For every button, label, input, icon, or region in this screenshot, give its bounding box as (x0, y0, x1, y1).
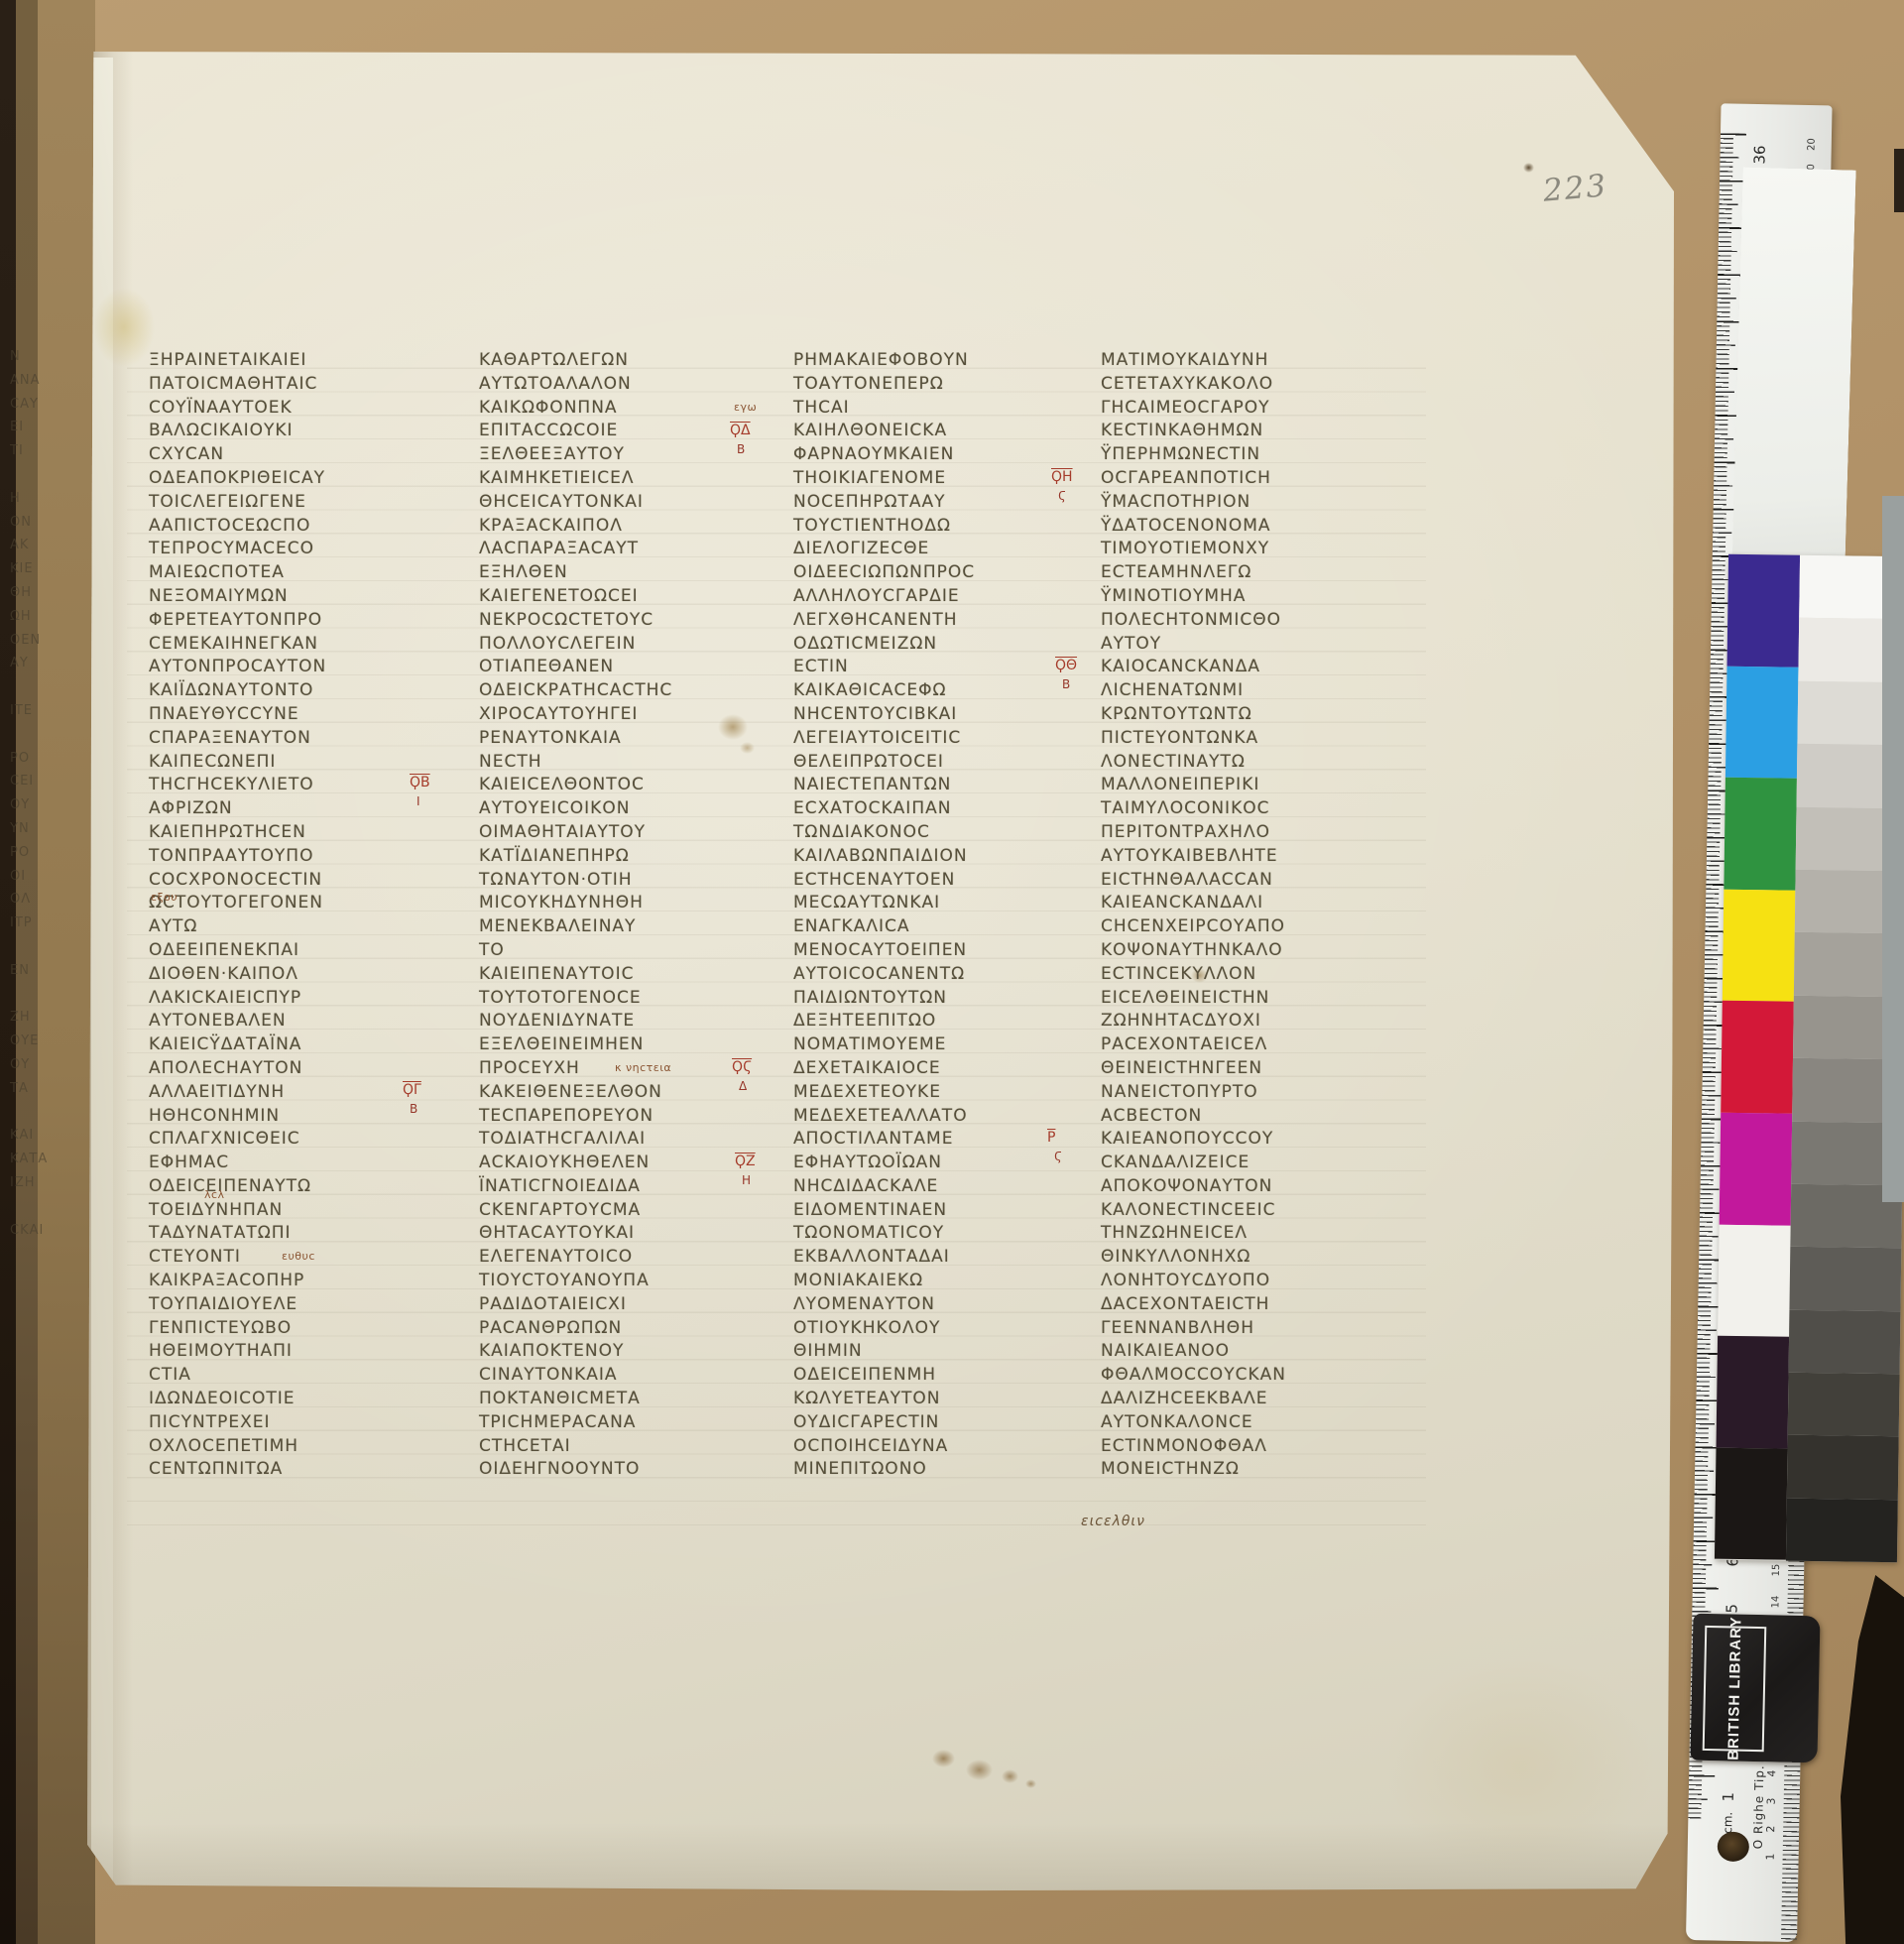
eusebian-number: ϘΓΒ (403, 1083, 442, 1116)
page-bottom-shading (87, 1823, 1674, 1892)
ms-line: ΔΕΞΗΤΕΕΠΙΤΩΟ (793, 1010, 1043, 1033)
stain (740, 742, 755, 754)
ms-line: ΠΝΑΕΥΘΥϹϹΥΝΕ (149, 703, 399, 727)
ms-line: ΕΙϹΕΛΘΕΙΝΕΙϹΤΗΝ (1101, 987, 1351, 1011)
ms-line: ΕΠΙΤΑϹϹΩϹΟΙΕ (479, 420, 729, 443)
ruler-top-number: 20 (1807, 138, 1818, 151)
previous-page-text-fragments: ΝΑΝΑϹΑΥΕΙΤΙΗΟΝΑΚΚΙΕΘΗΩΗΟΕΝΑΥΙΤΕΡΟϹΕΙΟΥΥΝ… (0, 0, 95, 1944)
ruler-top-scale-numbers: 2080 (1722, 103, 1833, 105)
text-column-2: ΚΑΘΑΡΤΩΛΕΓΩΝΑΥΤΩΤΟΑΛΑΛΟΝΚΑΙΚΩΦΟΝΠΝΑΕΠΙΤΑ… (479, 349, 729, 1482)
ms-line: ΕϹΤΙΝϹΕΚΥΛΛΟΝ (1101, 963, 1351, 987)
ms-line: ΑϹΒΕϹΤΟΝ (1101, 1105, 1351, 1129)
ms-line: ΟΔΕΙϹΕΙΠΕΝΜΗ (793, 1364, 1043, 1388)
ms-line: ϹΤΕΥΟΝΤΙ (149, 1246, 399, 1270)
ms-line: ΑΥΤΟΝΠΡΟϹΑΥΤΟΝ (149, 656, 399, 679)
ms-line: ΑΛΛΗΛΟΥϹΓΑΡΔΙΕ (793, 585, 1043, 609)
ms-line: ΜΕΔΕΧΕΤΕΟΥΚΕ (793, 1081, 1043, 1105)
ms-line: ΤΡΙϹΗΜΕΡΑϹΑΝΑ (479, 1411, 729, 1435)
ms-line: ϹΕΜΕΚΑΙΗΝΕΓΚΑΝ (149, 633, 399, 657)
fragment-text: ΚΙΕ (10, 561, 34, 576)
ms-line: ΠΡΟϹΕΥΧΗ (479, 1057, 729, 1081)
ms-line: ΡΗΜΑΚΑΙΕΦΟΒΟΥΝ (793, 349, 1043, 373)
ms-line: ΝΕϹΤΗ (479, 751, 729, 775)
ms-line: ΗΘΕΙΜΟΥΤΗΑΠΙ (149, 1340, 399, 1364)
folio-number: 223 (1542, 168, 1609, 209)
ms-line: ΒΑΛΩϹΙΚΑΙΟΥΚΙ (149, 420, 399, 443)
ms-line: ΚΑΙΗΛΘΟΝΕΙϹΚΑ (793, 420, 1043, 443)
fragment-text: ΚΑΤΑ (10, 1152, 48, 1166)
ms-line: ΤΕΠΡΟϹΥΜΑϹΕϹΟ (149, 538, 399, 561)
ms-line: ΘΙΗΜΙΝ (793, 1340, 1043, 1364)
fragment-text: ΟΕΝ (10, 633, 41, 648)
ms-line: ΝΟΜΑΤΙΜΟΥΕΜΕ (793, 1033, 1043, 1057)
ms-line: ΠΙϹΤΕΥΟΝΤΩΝΚΑ (1101, 727, 1351, 751)
ms-line: ΑΥΤΩ (149, 915, 399, 939)
ruler-mm-number: 14 (1770, 1596, 1781, 1609)
ms-line: ΚΟΨΟΝΑΥΤΗΝΚΑΛΟ (1101, 939, 1351, 963)
color-patch-dark-purple (1717, 1336, 1790, 1449)
ms-line: ΘΙΝΚΥΛΛΟΝΗΧΩ (1101, 1246, 1351, 1270)
ms-line: ΟΔΕΙϹΚΡΑΤΗϹΑϹΤΗϹ (479, 679, 729, 703)
ms-line: ΚΑΙΑΠΟΚΤΕΝΟΥ (479, 1340, 729, 1364)
ms-line: ΕϹΤΙΝ (793, 656, 1043, 679)
ms-line: ΑΑΠΙϹΤΟϹΕΩϹΠΟ (149, 515, 399, 539)
ms-line: ΝΑΝΕΙϹΤΟΠΥΡΤΟ (1101, 1081, 1351, 1105)
ms-line: ΪΝΑΤΙϹΓΝΟΙΕΔΙΔΑ (479, 1175, 729, 1199)
ms-line: ϹΟϹΧΡΟΝΟϹΕϹΤΙΝ (149, 869, 399, 893)
ms-line: ϹΠΑΡΑΞΕΝΑΥΤΟΝ (149, 727, 399, 751)
ms-line: ΝΕΞΟΜΑΙΥΜΩΝ (149, 585, 399, 609)
ms-line: ΤΟ (479, 939, 729, 963)
ms-line: ϹΗϹΕΝΧΕΙΡϹΟΥΑΠΟ (1101, 915, 1351, 939)
ms-line: ΜΑΤΙΜΟΥΚΑΙΔΥΝΗ (1101, 349, 1351, 373)
fragment-text: ΟΥ (10, 797, 30, 812)
ms-line: ΟΙΔΕΕϹΙΩΠΩΝΠΡΟϹ (793, 561, 1043, 585)
ms-line: ΘΕΛΕΙΠΡΩΤΟϹΕΙ (793, 751, 1043, 775)
ruler-cm-numbers: 3635343332313029282726252423222120191817… (1722, 103, 1833, 105)
fragment-text: ΙΤΕ (10, 703, 33, 718)
ms-line: ΕΞΗΛΘΕΝ (479, 561, 729, 585)
gray-step-15 (1786, 1499, 1898, 1563)
eusebian-number: ϘϚΔ (732, 1060, 772, 1093)
ms-line: ΦΑΡΝΑΟΥΜΚΑΙΕΝ (793, 443, 1043, 467)
ms-line: ΦΕΡΕΤΕΑΥΤΟΝΠΡΟ (149, 609, 399, 633)
gray-step-12 (1789, 1309, 1901, 1374)
dark-edge-mark (1894, 149, 1904, 212)
ms-line: ΡΑϹΑΝΘΡΩΠΩΝ (479, 1317, 729, 1341)
ms-line: ΜΑΛΛΟΝΕΙΠΕΡΙΚΙ (1101, 774, 1351, 797)
ms-line: ΕΞΕΛΘΕΙΝΕΙΜΗΕΝ (479, 1033, 729, 1057)
ms-line: ϹΟΥΪΝΑΑΥΤΟΕΚ (149, 397, 399, 421)
ms-line: ΟΙΔΕΗΓΝΟΟΥΝΤΟ (479, 1458, 729, 1482)
ms-line: ϹΚΕΝΓΑΡΤΟΥϹΜΑ (479, 1199, 729, 1223)
ms-line: ΚΑΙΚΩΦΟΝΠΝΑ (479, 397, 729, 421)
ms-line: ΤΑΙΜΥΛΟϹΟΝΙΚΟϹ (1101, 797, 1351, 821)
ms-line: ΕΙΔΟΜΕΝΤΙΝΑΕΝ (793, 1199, 1043, 1223)
ms-line: ΤΟΕΙΔΥΝΗΠΑΝ (149, 1199, 399, 1223)
ms-line: ΕΛΕΓΕΝΑΥΤΟΙϹΟ (479, 1246, 729, 1270)
fragment-text: ΥΝ (10, 821, 30, 836)
ruler-mm-numbers: 1615141312 (1722, 103, 1833, 105)
ms-line: ΚΑΛΟΝΕϹΤΙΝϹΕΕΙϹ (1101, 1199, 1351, 1223)
gray-step-11 (1789, 1247, 1901, 1311)
ms-line: ΠΙϹΥΝΤΡΕΧΕΙ (149, 1411, 399, 1435)
ms-line: ΤΗΝΖΩΗΝΕΙϹΕΛ (1101, 1222, 1351, 1246)
ms-line: ΤΑΔΥΝΑΤΑΤΩΠΙ (149, 1222, 399, 1246)
ruler-righe-numbers: 4321 (1722, 103, 1833, 105)
correction: εξου (151, 891, 178, 904)
wormhole (932, 1750, 955, 1767)
ms-line: ΟΤΙΑΠΕΘΑΝΕΝ (479, 656, 729, 679)
ms-line: ΟΔΕΙϹΕΙΠΕΝΑΥΤΩ (149, 1175, 399, 1199)
ms-line: ΤΟΙϹΛΕΓΕΙΩΓΕΝΕ (149, 491, 399, 515)
color-patch-blue (1725, 666, 1799, 779)
ms-line: ΑΥΤΟΙϹΟϹΑΝΕΝΤΩ (793, 963, 1043, 987)
ms-line: ΑΥΤΟΝΕΒΑΛΕΝ (149, 1010, 399, 1033)
color-patch-magenta (1720, 1113, 1793, 1226)
ms-line: ΛΑϹΠΑΡΑΞΑϹΑΥΤ (479, 538, 729, 561)
ms-line: ΤΙΜΟΥΟΤΙΕΜΟΝΧΥ (1101, 538, 1351, 561)
ms-line: ΕΚΒΑΛΛΟΝΤΑΔΑΙ (793, 1246, 1043, 1270)
ms-line: ΩϹΤΟΥΤΟΓΕΓΟΝΕΝ (149, 892, 399, 915)
ms-line: ΚΑΘΑΡΤΩΛΕΓΩΝ (479, 349, 729, 373)
ruler-righe-number: 2 (1764, 1825, 1777, 1832)
ms-line: ΝΗϹΕΝΤΟΥϹΙΒΚΑΙ (793, 703, 1043, 727)
ms-line: ΛΑΚΙϹΚΑΙΕΙϹΠΥΡ (149, 987, 399, 1011)
ruler-punch-hole (1718, 1832, 1750, 1863)
ms-line: ΞΗΡΑΙΝΕΤΑΙΚΑΙΕΙ (149, 349, 399, 373)
ms-line: ΠΟΛΕϹΗΤΟΝΜΙϹΘΟ (1101, 609, 1351, 633)
ms-line: ΚΑΙΪΔΩΝΑΥΤΟΝΤΟ (149, 679, 399, 703)
ms-line: ΚΩΛΥΕΤΕΑΥΤΟΝ (793, 1388, 1043, 1411)
ms-line: ΜΙϹΟΥΚΗΔΥΝΗΘΗ (479, 892, 729, 915)
fragment-text: ΑΝΑ (10, 373, 41, 388)
ms-line: ΑΦΡΙΖΩΝ (149, 797, 399, 821)
ms-line: ΤΩΟΝΟΜΑΤΙϹΟΥ (793, 1222, 1043, 1246)
gray-card-edge (1882, 496, 1904, 1202)
ms-line: ΔΑΛΙΖΗϹΕΕΚΒΑΛΕ (1101, 1388, 1351, 1411)
ruler-cm-number: 1 (1720, 1784, 1737, 1808)
ms-line: ΓΕΝΠΙϹΤΕΥΩΒΟ (149, 1317, 399, 1341)
fragment-text: ΟΛ (10, 892, 31, 907)
ms-line: ΕϹΤΗϹΕΝΑΥΤΟΕΝ (793, 869, 1043, 893)
ms-line: ϹΤΙΑ (149, 1364, 399, 1388)
parchment-page: 223 ΞΗΡΑΙΝΕΤΑΙΚΑΙΕΙΠΑΤΟΙϹΜΑΘΗΤΑΙϹϹΟΥΪΝΑΑ… (87, 52, 1674, 1892)
ms-line: ΫΜΙΝΟΤΙΟΥΜΗΑ (1101, 585, 1351, 609)
ms-line: ΚΑΤΪΔΙΑΝΕΠΗΡΩ (479, 845, 729, 869)
ms-line: ΤΩΝΑΥΤΟΝ·ΟΤΙΗ (479, 869, 729, 893)
fragment-text: ϹΚΑΙ (10, 1223, 44, 1238)
stain (93, 288, 155, 367)
gray-step-13 (1788, 1373, 1900, 1437)
ms-line: ΜΕΝΕΚΒΑΛΕΙΝΑΥ (479, 915, 729, 939)
ms-line: ΚΑΙΕΙΠΕΝΑΥΤΟΙϹ (479, 963, 729, 987)
ms-line: ΑΥΤΩΤΟΑΛΑΛΟΝ (479, 373, 729, 397)
ms-line: ΟΔΩΤΙϹΜΕΙΖΩΝ (793, 633, 1043, 657)
ms-line: ΑΥΤΟΥΚΑΙΒΕΒΛΗΤΕ (1101, 845, 1351, 869)
ms-line: ΚΑΙΟϹΑΝϹΚΑΝΔΑ (1101, 656, 1351, 679)
ms-line: ΟΧΛΟϹΕΠΕΤΙΜΗ (149, 1435, 399, 1459)
correction: κ νηϲτεια (615, 1061, 671, 1074)
ms-line: ΕϹΧΑΤΟϹΚΑΙΠΑΝ (793, 797, 1043, 821)
ms-line: ΡΑΔΙΔΟΤΑΙΕΙϹΧΙ (479, 1293, 729, 1317)
ms-line: ΝΕΚΡΟϹΩϹΤΕΤΟΥϹ (479, 609, 729, 633)
ms-line: ΡΑϹΕΧΟΝΤΑΕΙϹΕΛ (1101, 1033, 1351, 1057)
ms-line: ΤΟΔΙΑΤΗϹΓΑΛΙΛΑΙ (479, 1128, 729, 1152)
ms-line: ΜΕΔΕΧΕΤΕΑΛΛΑΤΟ (793, 1105, 1043, 1129)
ms-line: ΚΡΩΝΤΟΥΤΩΝΤΩ (1101, 703, 1351, 727)
ms-line: ΕΙϹΤΗΝΘΑΛΑϹϹΑΝ (1101, 869, 1351, 893)
fragment-text: ΕΝ (10, 963, 30, 978)
ms-line: ΠΕΡΙΤΟΝΤΡΑΧΗΛΟ (1101, 821, 1351, 845)
wormhole (966, 1760, 993, 1780)
fragment-text: ϹΑΥ (10, 397, 39, 412)
ms-line: ΝΗϹΔΙΔΑϹΚΑΛΕ (793, 1175, 1043, 1199)
british-library-label: BRITISH LIBRARY (1723, 1617, 1746, 1762)
ms-line: ΖΩΗΝΗΤΑϹΔΥΟΧΙ (1101, 1010, 1351, 1033)
ms-line: ϹΕΝΤΩΠΝΙΤΩΑ (149, 1458, 399, 1482)
ms-line: ΫΜΑϹΠΟΤΗΡΙΟΝ (1101, 491, 1351, 515)
ms-line: ΟΔΕΕΙΠΕΝΕΚΠΑΙ (149, 939, 399, 963)
fragment-text: ΤΑ (10, 1081, 29, 1096)
color-patch-black (1715, 1447, 1788, 1560)
fragment-text: Ν (10, 349, 21, 364)
wormhole (1002, 1769, 1018, 1783)
ms-line: ΚΕϹΤΙΝΚΑΘΗΜΩΝ (1101, 420, 1351, 443)
color-patch-white (1718, 1224, 1791, 1337)
ms-line: ΛΕΓΧΘΗϹΑΝΕΝΤΗ (793, 609, 1043, 633)
ms-line: ΚΑΙΠΕϹΩΝΕΠΙ (149, 751, 399, 775)
fragment-text: ΟΥΕ (10, 1033, 39, 1048)
ms-line: ΔΙΟΘΕΝ·ΚΑΙΠΟΛ (149, 963, 399, 987)
color-calibration-chart (1715, 554, 1904, 1562)
ms-line: ϹΕΤΕΤΑΧΥΚΑΚΟΛΟ (1101, 373, 1351, 397)
text-column-3: ΡΗΜΑΚΑΙΕΦΟΒΟΥΝΤΟΑΥΤΟΝΕΠΕΡΩΤΗϹΑΙΚΑΙΗΛΘΟΝΕ… (793, 349, 1043, 1482)
ms-line: ϹΚΑΝΔΑΛΙΖΕΙϹΕ (1101, 1152, 1351, 1175)
ms-line: ΚΑΙΛΑΒΩΝΠΑΙΔΙΟΝ (793, 845, 1043, 869)
ms-line: ΕΦΗΑΥΤΩΟΪΩΑΝ (793, 1152, 1043, 1175)
ms-line: ΔΙΕΛΟΓΙΖΕϹΘΕ (793, 538, 1043, 561)
photograph-manuscript-page: ΝΑΝΑϹΑΥΕΙΤΙΗΟΝΑΚΚΙΕΘΗΩΗΟΕΝΑΥΙΤΕΡΟϹΕΙΟΥΥΝ… (0, 0, 1904, 1944)
ms-line: ΗΘΗϹΟΝΗΜΙΝ (149, 1105, 399, 1129)
ms-line: ΟΥΔΙϹΓΑΡΕϹΤΙΝ (793, 1411, 1043, 1435)
ms-line: ΚΑΙΕΙϹΕΛΘΟΝΤΟϹ (479, 774, 729, 797)
fragment-text: ΖΗ (10, 1010, 31, 1025)
ms-line: ΠΑΙΔΙΩΝΤΟΥΤΩΝ (793, 987, 1043, 1011)
fragment-text: ΑΚ (10, 538, 29, 552)
wormhole (1523, 163, 1534, 173)
color-patch-red (1721, 1001, 1794, 1114)
ms-line: ΛΟΝΕϹΤΙΝΑΥΤΩ (1101, 751, 1351, 775)
fragment-text: ϹΕΙ (10, 774, 34, 789)
ms-line: ΜΕΝΟϹΑΥΤΟΕΙΠΕΝ (793, 939, 1043, 963)
fragment-text: ΟΝ (10, 515, 32, 530)
ruler-cm-number: 36 (1750, 143, 1768, 167)
dark-book-edge (1841, 1575, 1904, 1944)
correction: ευθυϲ (282, 1250, 315, 1263)
ms-line: ΠΟΚΤΑΝΘΙϹΜΕΤΑ (479, 1388, 729, 1411)
ms-line: ΝΑΙΕϹΤΕΠΑΝΤΩΝ (793, 774, 1043, 797)
eusebian-number: ϘΔΒ (730, 424, 770, 456)
white-card (1731, 167, 1855, 576)
fragment-text: ΙΤΡ (10, 915, 33, 930)
ms-line: ΕϹΤΕΑΜΗΝΛΕΓΩ (1101, 561, 1351, 585)
ms-line: ΤΗϹΑΙ (793, 397, 1043, 421)
ms-line: ΟΤΙΟΥΚΗΚΟΛΟΥ (793, 1317, 1043, 1341)
fragment-text: ΡΟ (10, 751, 30, 766)
fragment-text: ΟΙ (10, 869, 26, 884)
ms-line: ΑΠΟϹΤΙΛΑΝΤΑΜΕ (793, 1128, 1043, 1152)
ruler-righe-number: 4 (1765, 1769, 1778, 1776)
ms-line: ΜΟΝΕΙϹΤΗΝΖΩ (1101, 1458, 1351, 1482)
ms-line: ΛΥΟΜΕΝΑΥΤΟΝ (793, 1293, 1043, 1317)
ms-line: ΑΥΤΟΥΕΙϹΟΙΚΟΝ (479, 797, 729, 821)
fragment-text: ΟΥ (10, 1057, 30, 1072)
ms-line: ΘΗϹΕΙϹΑΥΤΟΝΚΑΙ (479, 491, 729, 515)
ms-line: ΟΙΜΑΘΗΤΑΙΑΥΤΟΥ (479, 821, 729, 845)
ms-line: ΝΟϹΕΠΗΡΩΤΑΑΥ (793, 491, 1043, 515)
color-patch-indigo (1727, 554, 1801, 668)
ms-line: ΤΟΥΠΑΙΔΙΟΥΕΛΕ (149, 1293, 399, 1317)
fragment-text: ΩΗ (10, 609, 32, 624)
ms-line: ΛΟΝΗΤΟΥϹΔΥΟΠΟ (1101, 1270, 1351, 1293)
ms-line: ΙΔΩΝΔΕΟΙϹΟΤΙΕ (149, 1388, 399, 1411)
ms-line: ϹΤΗϹΕΤΑΙ (479, 1435, 729, 1459)
ms-line: ΤΙΟΥϹΤΟΥΑΝΟΥΠΑ (479, 1270, 729, 1293)
ms-line: ΜΙΝΕΠΙΤΩΟΝΟ (793, 1458, 1043, 1482)
ms-line: ΕΦΗΜΑϹ (149, 1152, 399, 1175)
eusebian-number: ϘΗϚ (1051, 470, 1091, 503)
ms-line: ΑΥΤΟΝΚΑΛΟΝϹΕ (1101, 1411, 1351, 1435)
ms-line: ΟϹΠΟΙΗϹΕΙΔΥΝΑ (793, 1435, 1043, 1459)
ms-line: ΫΔΑΤΟϹΕΝΟΝΟΜΑ (1101, 515, 1351, 539)
ms-line: ΟΔΕΑΠΟΚΡΙΘΕΙϹΑΥ (149, 467, 399, 491)
ms-line: ΫΠΕΡΗΜΩΝΕϹΤΙΝ (1101, 443, 1351, 467)
ms-line: ΓΗϹΑΙΜΕΟϹΓΑΡΟΥ (1101, 397, 1351, 421)
ms-line: ΚΑΚΕΙΘΕΝΕΞΕΛΘΟΝ (479, 1081, 729, 1105)
ms-line: ΚΑΙΚΡΑΞΑϹΟΠΗΡ (149, 1270, 399, 1293)
ms-line: ΤΟΑΥΤΟΝΕΠΕΡΩ (793, 373, 1043, 397)
ms-line: ΑΥΤΟΥ (1101, 633, 1351, 657)
ms-line: ΑΠΟΚΟΨΟΝΑΥΤΟΝ (1101, 1175, 1351, 1199)
ms-line: ΕΝΑΓΚΑΛΙϹΑ (793, 915, 1043, 939)
ms-line: ΝΟΥΔΕΝΙΔΥΝΑΤΕ (479, 1010, 729, 1033)
ruler-righe-number: 1 (1764, 1853, 1777, 1860)
ms-line: ΑΠΟΛΕϹΗΑΥΤΟΝ (149, 1057, 399, 1081)
ms-line: ΤΟΝΠΡΑΑΥΤΟΥΠΟ (149, 845, 399, 869)
fragment-text: ΚΑΙ (10, 1128, 34, 1143)
correction: λϲλ (204, 1188, 225, 1201)
ms-line: ΠΟΛΛΟΥϹΛΕΓΕΙΝ (479, 633, 729, 657)
gray-step-14 (1787, 1435, 1899, 1500)
ms-line: ΚΡΑΞΑϹΚΑΙΠΟΛ (479, 515, 729, 539)
ruler-righe-number: 3 (1765, 1797, 1778, 1804)
ms-line: ΔΑϹΕΧΟΝΤΑΕΙϹΤΗ (1101, 1293, 1351, 1317)
british-library-label-box: BRITISH LIBRARY (1703, 1626, 1767, 1752)
ms-line: ΑϹΚΑΙΟΥΚΗΘΕΛΕΝ (479, 1152, 729, 1175)
correction: εγω (734, 401, 757, 414)
ms-line: ΚΑΙΕΙϹΫΔΑΤΑΪΝΑ (149, 1033, 399, 1057)
marginal-note: ειϲελθιν (1081, 1514, 1145, 1529)
ms-line: ΜΕϹΩΑΥΤΩΝΚΑΙ (793, 892, 1043, 915)
eusebian-number: ϘΘΒ (1055, 659, 1095, 691)
ms-line: ΛΙϹΗΕΝΑΤΩΝΜΙ (1101, 679, 1351, 703)
fragment-text: ΡΟ (10, 845, 30, 860)
ms-line: ΘΕΙΝΕΙϹΤΗΝΓΕΕΝ (1101, 1057, 1351, 1081)
ms-line: ΓΕΕΝΝΑΝΒΛΗΘΗ (1101, 1317, 1351, 1341)
ms-line: ΚΑΙΕΠΗΡΩΤΗϹΕΝ (149, 821, 399, 845)
fragment-text: Η (10, 491, 21, 506)
ms-line: ΦΘΑΛΜΟϹϹΟΥϹΚΑΝ (1101, 1364, 1351, 1388)
fragment-text: ΕΙ (10, 420, 24, 434)
ms-line: ΤΕϹΠΑΡΕΠΟΡΕΥΟΝ (479, 1105, 729, 1129)
ms-line: ΝΑΙΚΑΙΕΑΝΟΟ (1101, 1340, 1351, 1364)
ms-line: ΤΟΥΤΟΤΟΓΕΝΟϹΕ (479, 987, 729, 1011)
ms-line: ΠΑΤΟΙϹΜΑΘΗΤΑΙϹ (149, 373, 399, 397)
ms-line: ΤΗϹΓΗϹΕΚΥΛΙΕΤΟ (149, 774, 399, 797)
ms-line: ΚΑΙΚΑΘΙϹΑϹΕΦΩ (793, 679, 1043, 703)
fragment-text: ΘΗ (10, 585, 32, 600)
eusebian-number: ΡϚ (1047, 1131, 1087, 1163)
ms-line: ΜΟΝΙΑΚΑΙΕΚΩ (793, 1270, 1043, 1293)
ms-line: ΚΑΙΜΗΚΕΤΙΕΙϹΕΛ (479, 467, 729, 491)
color-patch-green (1724, 778, 1797, 891)
ms-line: ΧΙΡΟϹΑΥΤΟΥΗΓΕΙ (479, 703, 729, 727)
fragment-text: ΑΥ (10, 656, 29, 670)
ms-line: ΡΕΝΑΥΤΟΝΚΑΙΑ (479, 727, 729, 751)
ms-line: ΛΕΓΕΙΑΥΤΟΙϹΕΙΤΙϹ (793, 727, 1043, 751)
ms-line: ΔΕΧΕΤΑΙΚΑΙΟϹΕ (793, 1057, 1043, 1081)
eusebian-number: ϘΒΙ (410, 776, 449, 808)
ms-line: ΤΩΝΔΙΑΚΟΝΟϹ (793, 821, 1043, 845)
color-patch-yellow (1723, 890, 1796, 1003)
ms-line: ΚΑΙΕΑΝϹΚΑΝΔΑΛΙ (1101, 892, 1351, 915)
ms-line: ΞΕΛΘΕΕΞΑΥΤΟΥ (479, 443, 729, 467)
fragment-text: ΙΖΗ (10, 1175, 36, 1190)
ms-line: ΤΗΟΙΚΙΑΓΕΝΟΜΕ (793, 467, 1043, 491)
ms-line: ΤΟΥϹΤΙΕΝΤΗΟΔΩ (793, 515, 1043, 539)
ms-line: ϹΠΛΑΓΧΝΙϹΘΕΙϹ (149, 1128, 399, 1152)
ms-line: ϹΧΥϹΑΝ (149, 443, 399, 467)
ms-line: ϹΙΝΑΥΤΟΝΚΑΙΑ (479, 1364, 729, 1388)
ms-line: ΜΑΙΕΩϹΠΟΤΕΑ (149, 561, 399, 585)
eusebian-number: ϘΖΗ (735, 1154, 774, 1187)
text-column-4: ΜΑΤΙΜΟΥΚΑΙΔΥΝΗϹΕΤΕΤΑΧΥΚΑΚΟΛΟΓΗϹΑΙΜΕΟϹΓΑΡ… (1101, 349, 1351, 1482)
ms-line: ΚΑΙΕΓΕΝΕΤΟΩϹΕΙ (479, 585, 729, 609)
ms-line: ΚΑΙΕΑΝΟΠΟΥϹϹΟΥ (1101, 1128, 1351, 1152)
ms-line: ΑΛΛΑΕΙΤΙΔΥΝΗ (149, 1081, 399, 1105)
wormhole (1025, 1779, 1036, 1788)
ms-line: ΟϹΓΑΡΕΑΝΠΟΤΙϹΗ (1101, 467, 1351, 491)
ruler-mm-number: 15 (1771, 1564, 1782, 1577)
fragment-text: ΤΙ (10, 443, 24, 458)
text-column-1: ΞΗΡΑΙΝΕΤΑΙΚΑΙΕΙΠΑΤΟΙϹΜΑΘΗΤΑΙϹϹΟΥΪΝΑΑΥΤΟΕ… (149, 349, 399, 1482)
ms-line: ΕϹΤΙΝΜΟΝΟΦΘΑΛ (1101, 1435, 1351, 1459)
ms-line: ΘΗΤΑϹΑΥΤΟΥΚΑΙ (479, 1222, 729, 1246)
british-library-clip: BRITISH LIBRARY (1690, 1614, 1820, 1763)
